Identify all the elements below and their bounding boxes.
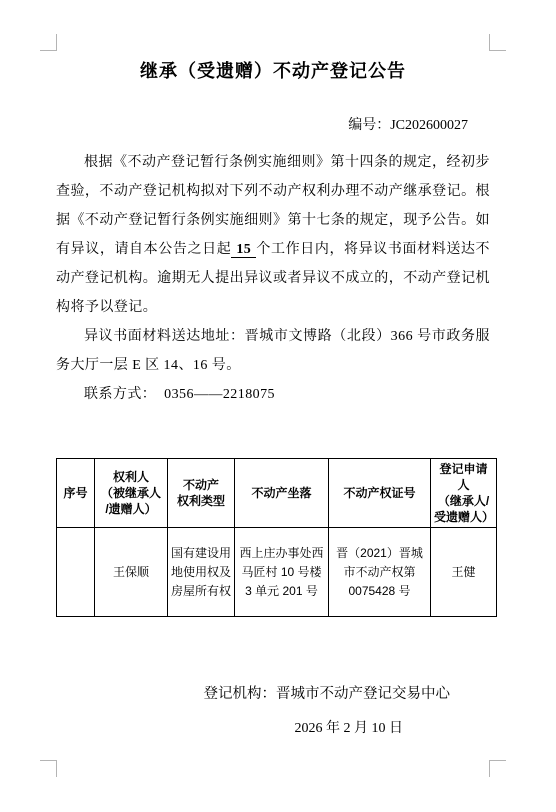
column-header-seq-no: 序号 — [57, 459, 95, 528]
paragraph-contact: 联系方式： 0356——2218075 — [56, 380, 490, 409]
table-header-row: 序号 权利人 （被继承人 /遗赠人） 不动产 权利类型 不动产坐落 不动产权证号… — [57, 459, 497, 528]
column-header-applicant: 登记申请人 （继承人/ 受遗赠人） — [431, 459, 497, 528]
page-title: 继承（受遗赠）不动产登记公告 — [56, 58, 490, 84]
cell-right-type: 国有建设用地使用权及房屋所有权 — [168, 528, 235, 617]
registration-authority: 登记机构：晋城市不动产登记交易中心 — [56, 684, 490, 704]
cell-right-holder: 王保顺 — [95, 528, 168, 617]
margin-crop-mark-top-left — [40, 34, 57, 51]
objection-days-value: 15 — [231, 242, 256, 258]
column-header-right-holder: 权利人 （被继承人 /遗赠人） — [95, 459, 168, 528]
document-content: 继承（受遗赠）不动产登记公告 编号：JC202600027 根据《不动产登记暂行… — [56, 50, 490, 739]
cell-applicant: 王健 — [431, 528, 497, 617]
table-row: 王保顺 国有建设用地使用权及房屋所有权 西上庄办事处西马匠村 10 号楼 3 单… — [57, 528, 497, 617]
document-page: 继承（受遗赠）不动产登记公告 编号：JC202600027 根据《不动产登记暂行… — [0, 0, 556, 812]
announcement-date: 2026 年 2 月 10 日 — [56, 719, 490, 739]
doc-number-value: JC202600027 — [390, 118, 468, 133]
margin-crop-mark-bottom-left — [40, 760, 57, 777]
cell-cert-number: 晋（2021）晋城市不动产权第 0075428 号 — [329, 528, 431, 617]
column-header-right-type: 不动产 权利类型 — [168, 459, 235, 528]
cell-seq-no — [57, 528, 95, 617]
property-table: 序号 权利人 （被继承人 /遗赠人） 不动产 权利类型 不动产坐落 不动产权证号… — [56, 458, 497, 617]
paragraph-legal-basis: 根据《不动产登记暂行条例实施细则》第十四条的规定，经初步查验，不动产登记机构拟对… — [56, 148, 490, 322]
cell-location: 西上庄办事处西马匠村 10 号楼 3 单元 201 号 — [235, 528, 329, 617]
column-header-cert-number: 不动产权证号 — [329, 459, 431, 528]
column-header-location: 不动产坐落 — [235, 459, 329, 528]
margin-crop-mark-top-right — [489, 34, 506, 51]
doc-number-label: 编号： — [348, 118, 390, 133]
paragraph-delivery-address: 异议书面材料送达地址：晋城市文博路（北段）366 号市政务服务大厅一层 E 区 … — [56, 322, 490, 380]
doc-number-line: 编号：JC202600027 — [56, 116, 490, 136]
margin-crop-mark-bottom-right — [489, 760, 506, 777]
